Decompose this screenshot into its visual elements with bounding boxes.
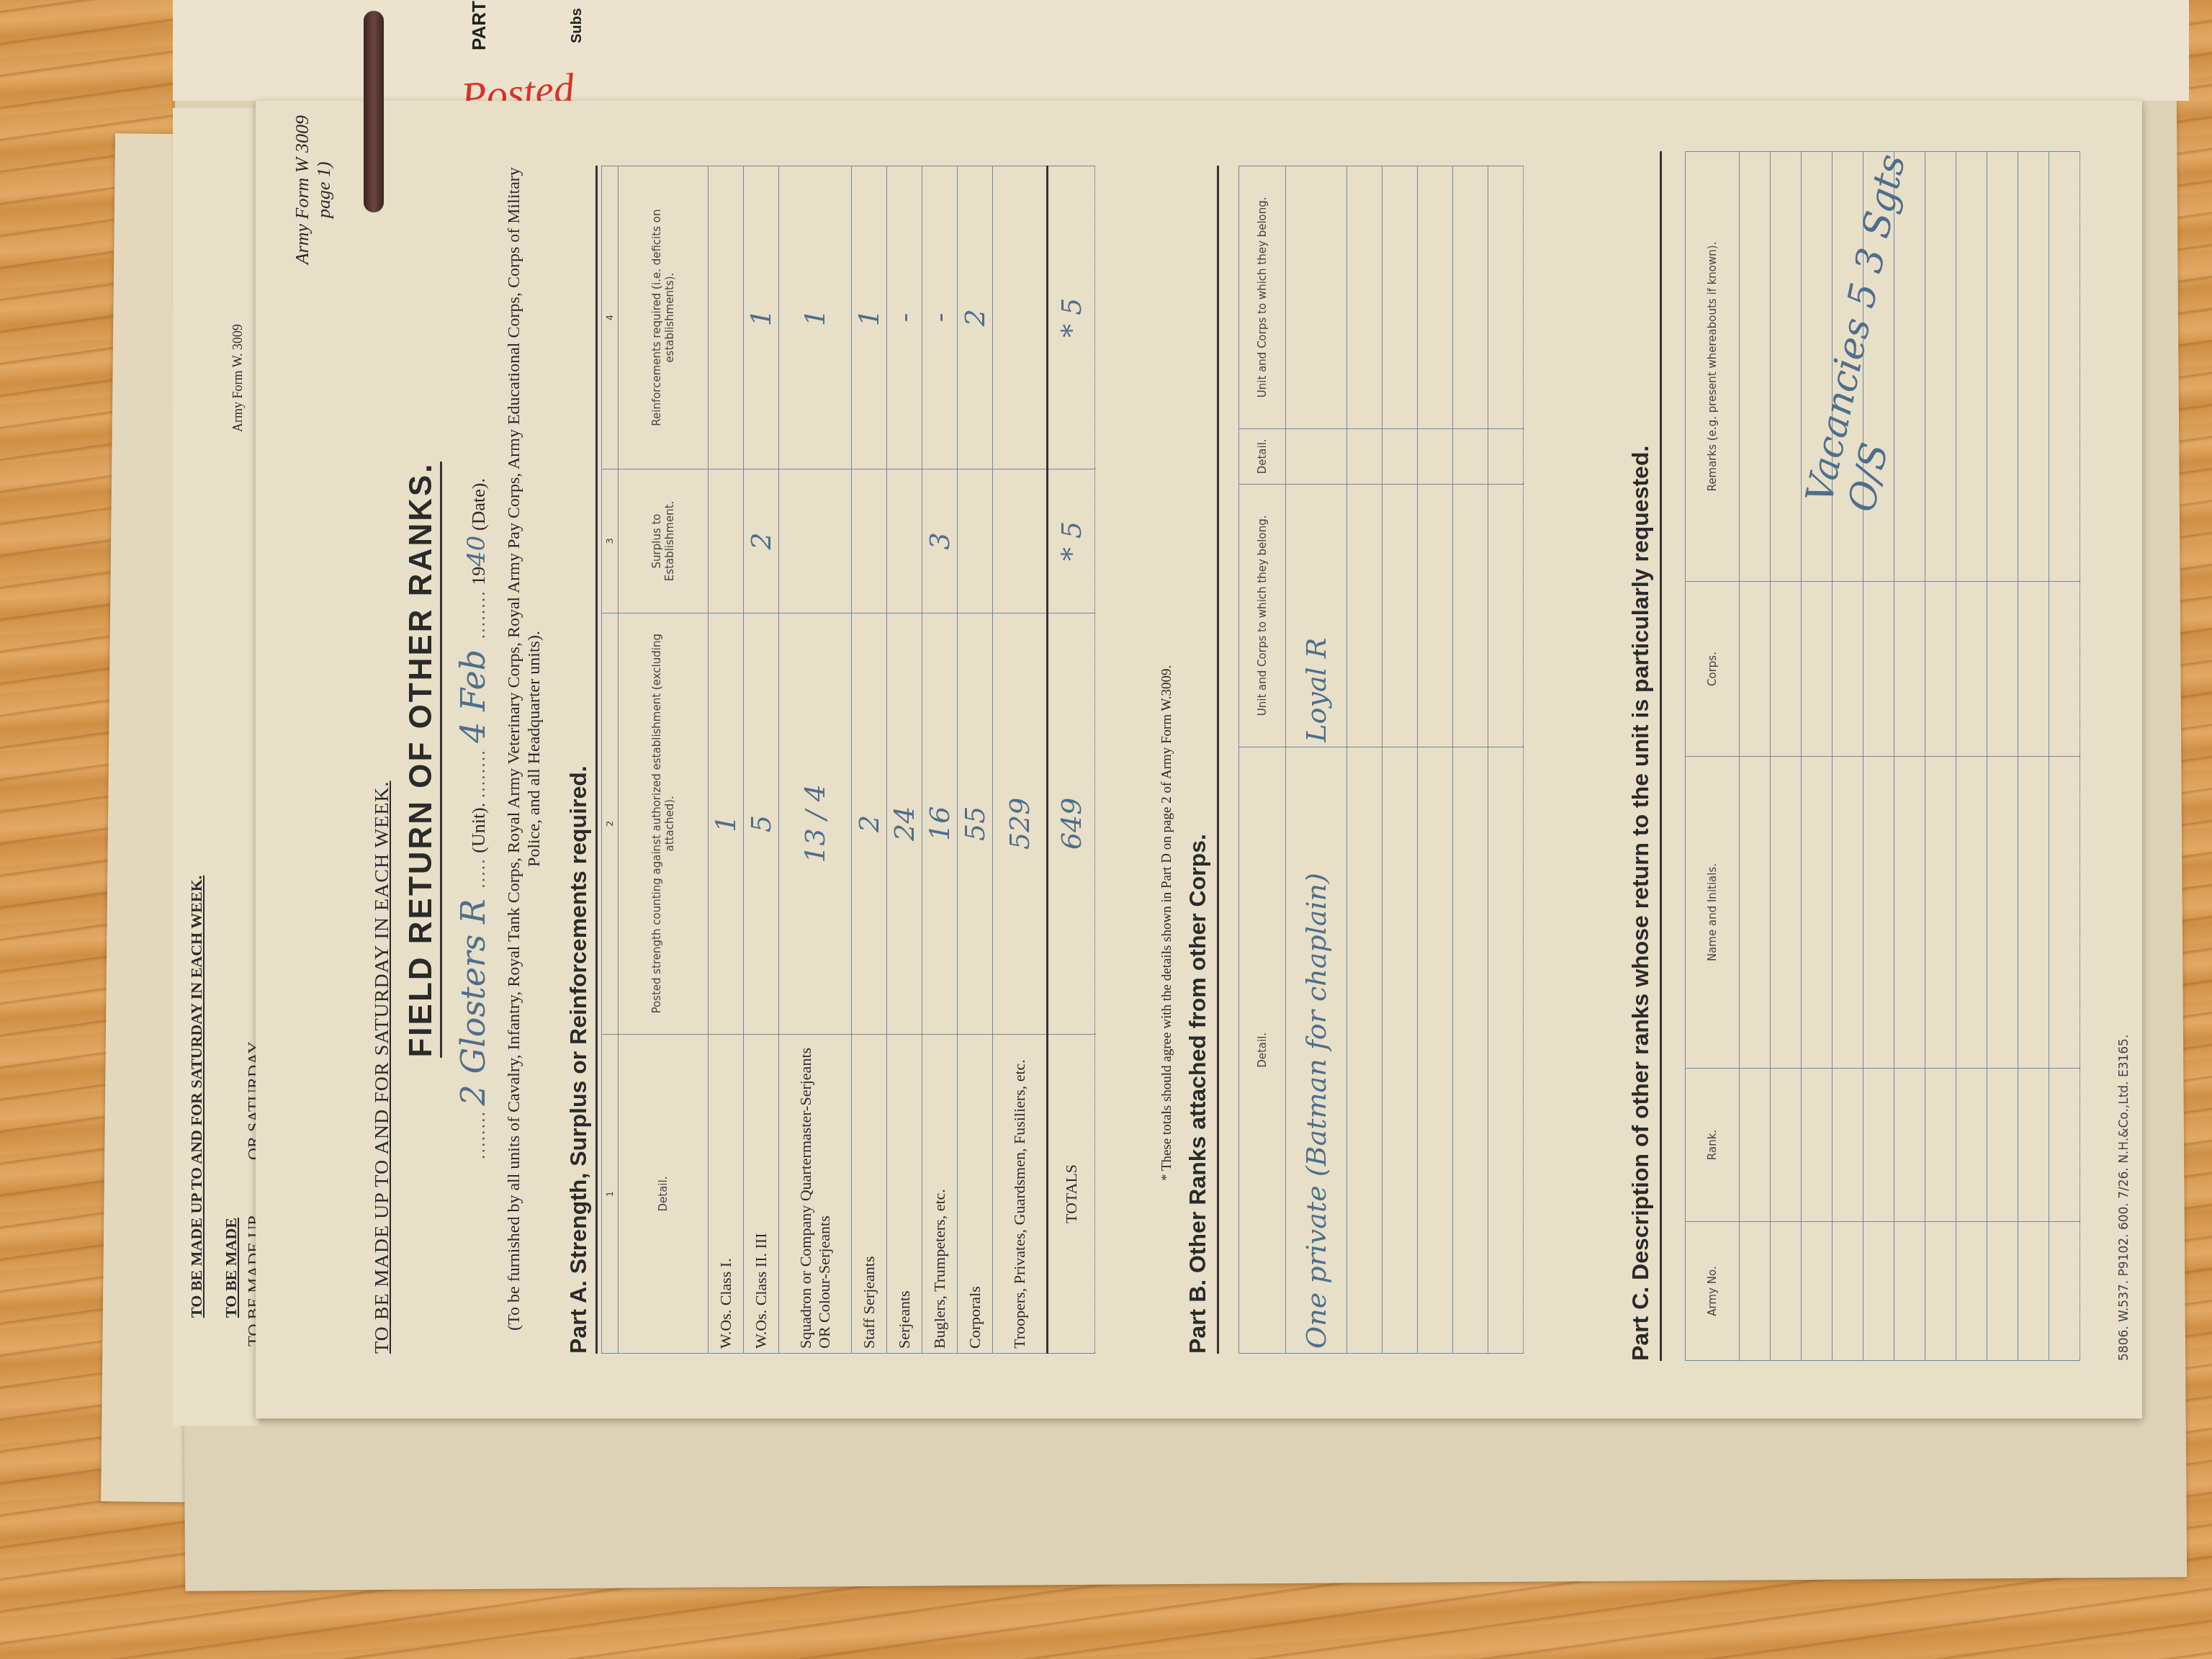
printer-line: 5806. W.537. P9102. 600. 7/26. N.H.&Co.,…: [2117, 1035, 2131, 1361]
row-detail: Squadron or Company Quartermaster-Serjea…: [779, 1035, 852, 1354]
totals-label: TOTALS: [1048, 1035, 1095, 1354]
row-reinforcements: 2: [959, 309, 991, 326]
form-sheet: Army Form W 3009 page 1) TO BE MADE UP T…: [256, 101, 2142, 1419]
row-reinforcements: -: [889, 313, 920, 323]
row-detail: Corporals: [958, 1035, 993, 1354]
b-row-unit-2: [1347, 166, 1382, 429]
form-title: FIELD RETURN OF OTHER RANKS.: [403, 101, 439, 1419]
c-col-corps: Corps.: [1686, 582, 1740, 757]
b-row-detail-2: [1418, 428, 1453, 484]
b-row-detail: [1418, 747, 1453, 1353]
b-row-unit-2: [1453, 166, 1488, 429]
table-row: Staff Serjeants 2 1: [852, 166, 887, 1354]
col-header-surplus: Surplus to Establishment.: [619, 469, 709, 613]
part-c-rule: [1660, 151, 1662, 1361]
table-row: [1771, 152, 1802, 1361]
back-left-strip: TO BE MADE UP TO AND FOR SATURDAY IN EAC…: [173, 108, 259, 1426]
row-surplus: 3: [924, 532, 956, 549]
date-dots-2: ........: [468, 590, 489, 639]
row-posted: 529: [1004, 798, 1035, 850]
unit-dots-2: .....: [468, 858, 489, 889]
table-row: [1347, 166, 1382, 1354]
row-posted: 16: [924, 806, 956, 841]
col-header-posted: Posted strength counting against authori…: [619, 613, 709, 1034]
row-reinforcements: 1: [853, 309, 885, 326]
b-row-detail: [1347, 747, 1382, 1353]
instruction: TO BE MADE UP TO AND FOR SATURDAY IN EAC…: [371, 781, 394, 1354]
b-col-detail: Detail.: [1239, 747, 1286, 1353]
table-row: [1987, 152, 2018, 1361]
b-row-unit: [1347, 485, 1382, 747]
row-posted: 55: [959, 806, 991, 841]
row-detail: Buglers, Trumpeters, etc.: [922, 1035, 958, 1354]
part-a-heading: Part A. Strength, Surplus or Reinforceme…: [565, 765, 592, 1354]
b-row-detail: [1453, 747, 1488, 1353]
form-page-rotated: Army Form W 3009 page 1) TO BE MADE UP T…: [256, 101, 2142, 1419]
instructions-note: (To be furnished by all units of Cavalry…: [504, 166, 544, 1332]
row-surplus: 2: [745, 532, 777, 549]
table-row: [1382, 166, 1418, 1354]
b-row-unit-2: [1382, 166, 1418, 429]
b-row-unit-2: [1488, 166, 1524, 429]
b-row-detail: [1382, 747, 1418, 1353]
row-detail: Troopers, Privates, Guardsmen, Fusiliers…: [993, 1035, 1048, 1354]
part-b-table: Detail. Unit and Corps to which they bel…: [1238, 166, 1524, 1354]
binding-string: [364, 11, 384, 212]
b-col-unit-2: Unit and Corps to which they belong.: [1239, 166, 1286, 429]
b-row-unit: [1453, 485, 1488, 747]
table-row: Squadron or Company Quartermaster-Serjea…: [779, 166, 852, 1354]
table-row: Corporals 55 2: [958, 166, 993, 1354]
b-row-detail-2: [1488, 428, 1524, 484]
b-row-detail-2: [1347, 428, 1382, 484]
c-col-rank: Rank.: [1686, 1069, 1740, 1222]
table-row: [2018, 152, 2049, 1361]
c-col-remarks: Remarks (e.g. present whereabouts if kno…: [1686, 152, 1740, 582]
table-row: Serjeants 24 -: [887, 166, 922, 1354]
row-detail: Serjeants: [887, 1035, 922, 1354]
row-detail: W.Os. Class I.: [709, 1035, 744, 1354]
table-row: Troopers, Privates, Guardsmen, Fusiliers…: [993, 166, 1048, 1354]
row-detail: W.Os. Class II. III: [744, 1035, 779, 1354]
date-year-value: 40: [462, 536, 491, 567]
table-row: [1802, 152, 1833, 1361]
b-row-unit: Loyal R: [1300, 638, 1332, 742]
back-part-label: PART: [468, 1, 490, 50]
table-row: [1925, 152, 1956, 1361]
unit-label: (Unit).: [468, 803, 489, 853]
b-row-detail: One private (Batman for chaplain): [1300, 873, 1332, 1349]
b-row-unit-2: [1418, 166, 1453, 429]
date-dots: ........: [468, 743, 489, 799]
table-row: [1453, 166, 1488, 1354]
back-sheet-header: PART Subs: [403, 0, 1987, 94]
b-row-unit: [1418, 485, 1453, 747]
c-col-army-no: Army No.: [1686, 1222, 1740, 1361]
form-title-text: FIELD RETURN OF OTHER RANKS.: [403, 462, 442, 1057]
row-posted: 2: [853, 815, 885, 832]
table-row: W.Os. Class II. III 5 2 1: [744, 166, 779, 1354]
part-a-footnote: * These totals should agree with the det…: [1159, 665, 1175, 1181]
row-reinforcements: 1: [799, 309, 831, 326]
back-instruction-1: TO BE MADE UP TO AND FOR SATURDAY IN EAC…: [187, 876, 206, 1318]
row-posted: 5: [745, 815, 777, 832]
row-detail: Staff Serjeants: [852, 1035, 887, 1354]
row-reinforcements: -: [924, 313, 956, 323]
totals-row: TOTALS 649 * 5 * 5: [1048, 166, 1095, 1354]
col-num-2: 2: [602, 613, 619, 1034]
table-row: Buglers, Trumpeters, etc. 16 3 -: [922, 166, 958, 1354]
col-num-1: 1: [602, 1035, 619, 1354]
part-b-rule: [1217, 166, 1219, 1354]
date-value: 4 Feb: [454, 649, 493, 743]
table-row: W.Os. Class I. 1: [709, 166, 744, 1354]
unit-dots: ........: [468, 1110, 489, 1159]
row-posted: 13 / 4: [799, 784, 831, 863]
b-row-detail: [1488, 747, 1524, 1353]
table-row: [1740, 152, 1771, 1361]
row-posted: 1: [710, 815, 742, 832]
table-row: [1488, 166, 1524, 1354]
table-row: [1418, 166, 1453, 1354]
date-label: (Date).: [468, 478, 489, 531]
totals-reinforcements: * 5: [1056, 298, 1087, 338]
page-label: page 1): [313, 115, 335, 264]
b-row-detail-2: [1382, 428, 1418, 484]
col-header-reinforcements: Reinforcements required (i.e. deficits o…: [619, 166, 709, 469]
c-col-name: Name and Initials.: [1686, 757, 1740, 1069]
part-b-heading: Part B. Other Ranks attached from other …: [1184, 834, 1211, 1354]
unit-value: 2 Glosters R: [454, 899, 493, 1105]
b-row-detail-2: [1286, 428, 1347, 484]
form-number: Army Form W 3009 page 1): [292, 115, 335, 264]
part-a-rule: [595, 166, 598, 1354]
table-row: [1956, 152, 1987, 1361]
form-number-text: Army Form W 3009: [292, 115, 313, 264]
row-reinforcements: 1: [745, 309, 777, 326]
table-row: One private (Batman for chaplain) Loyal …: [1286, 166, 1347, 1354]
b-row-detail-2: [1453, 428, 1488, 484]
b-row-unit: [1488, 485, 1524, 747]
table-row: [2049, 152, 2080, 1361]
date-year-prefix: 19: [468, 567, 489, 585]
back-instruction-2: TO BE MADE: [222, 1218, 240, 1318]
unit-date-line: ........ 2 Glosters R ..... (Unit). ....…: [454, 478, 493, 1159]
col-num-4: 4: [602, 166, 619, 469]
b-col-detail-2: Detail.: [1239, 428, 1286, 484]
col-num-3: 3: [602, 469, 619, 613]
b-col-unit: Unit and Corps to which they belong.: [1239, 485, 1286, 747]
back-form-number: Army Form W. 3009: [230, 324, 246, 432]
b-row-unit-2: [1286, 166, 1347, 429]
col-header-detail: Detail.: [619, 1035, 709, 1354]
row-posted: 24: [889, 806, 920, 841]
totals-surplus: * 5: [1056, 521, 1087, 561]
b-row-unit: [1382, 485, 1418, 747]
totals-posted: 649: [1056, 798, 1087, 850]
back-subs-label: Subs: [569, 8, 585, 43]
part-c-heading: Part C. Description of other ranks whose…: [1627, 446, 1654, 1361]
part-a-table: 1 2 3 4 Detail. Posted strength counting…: [601, 166, 1095, 1354]
